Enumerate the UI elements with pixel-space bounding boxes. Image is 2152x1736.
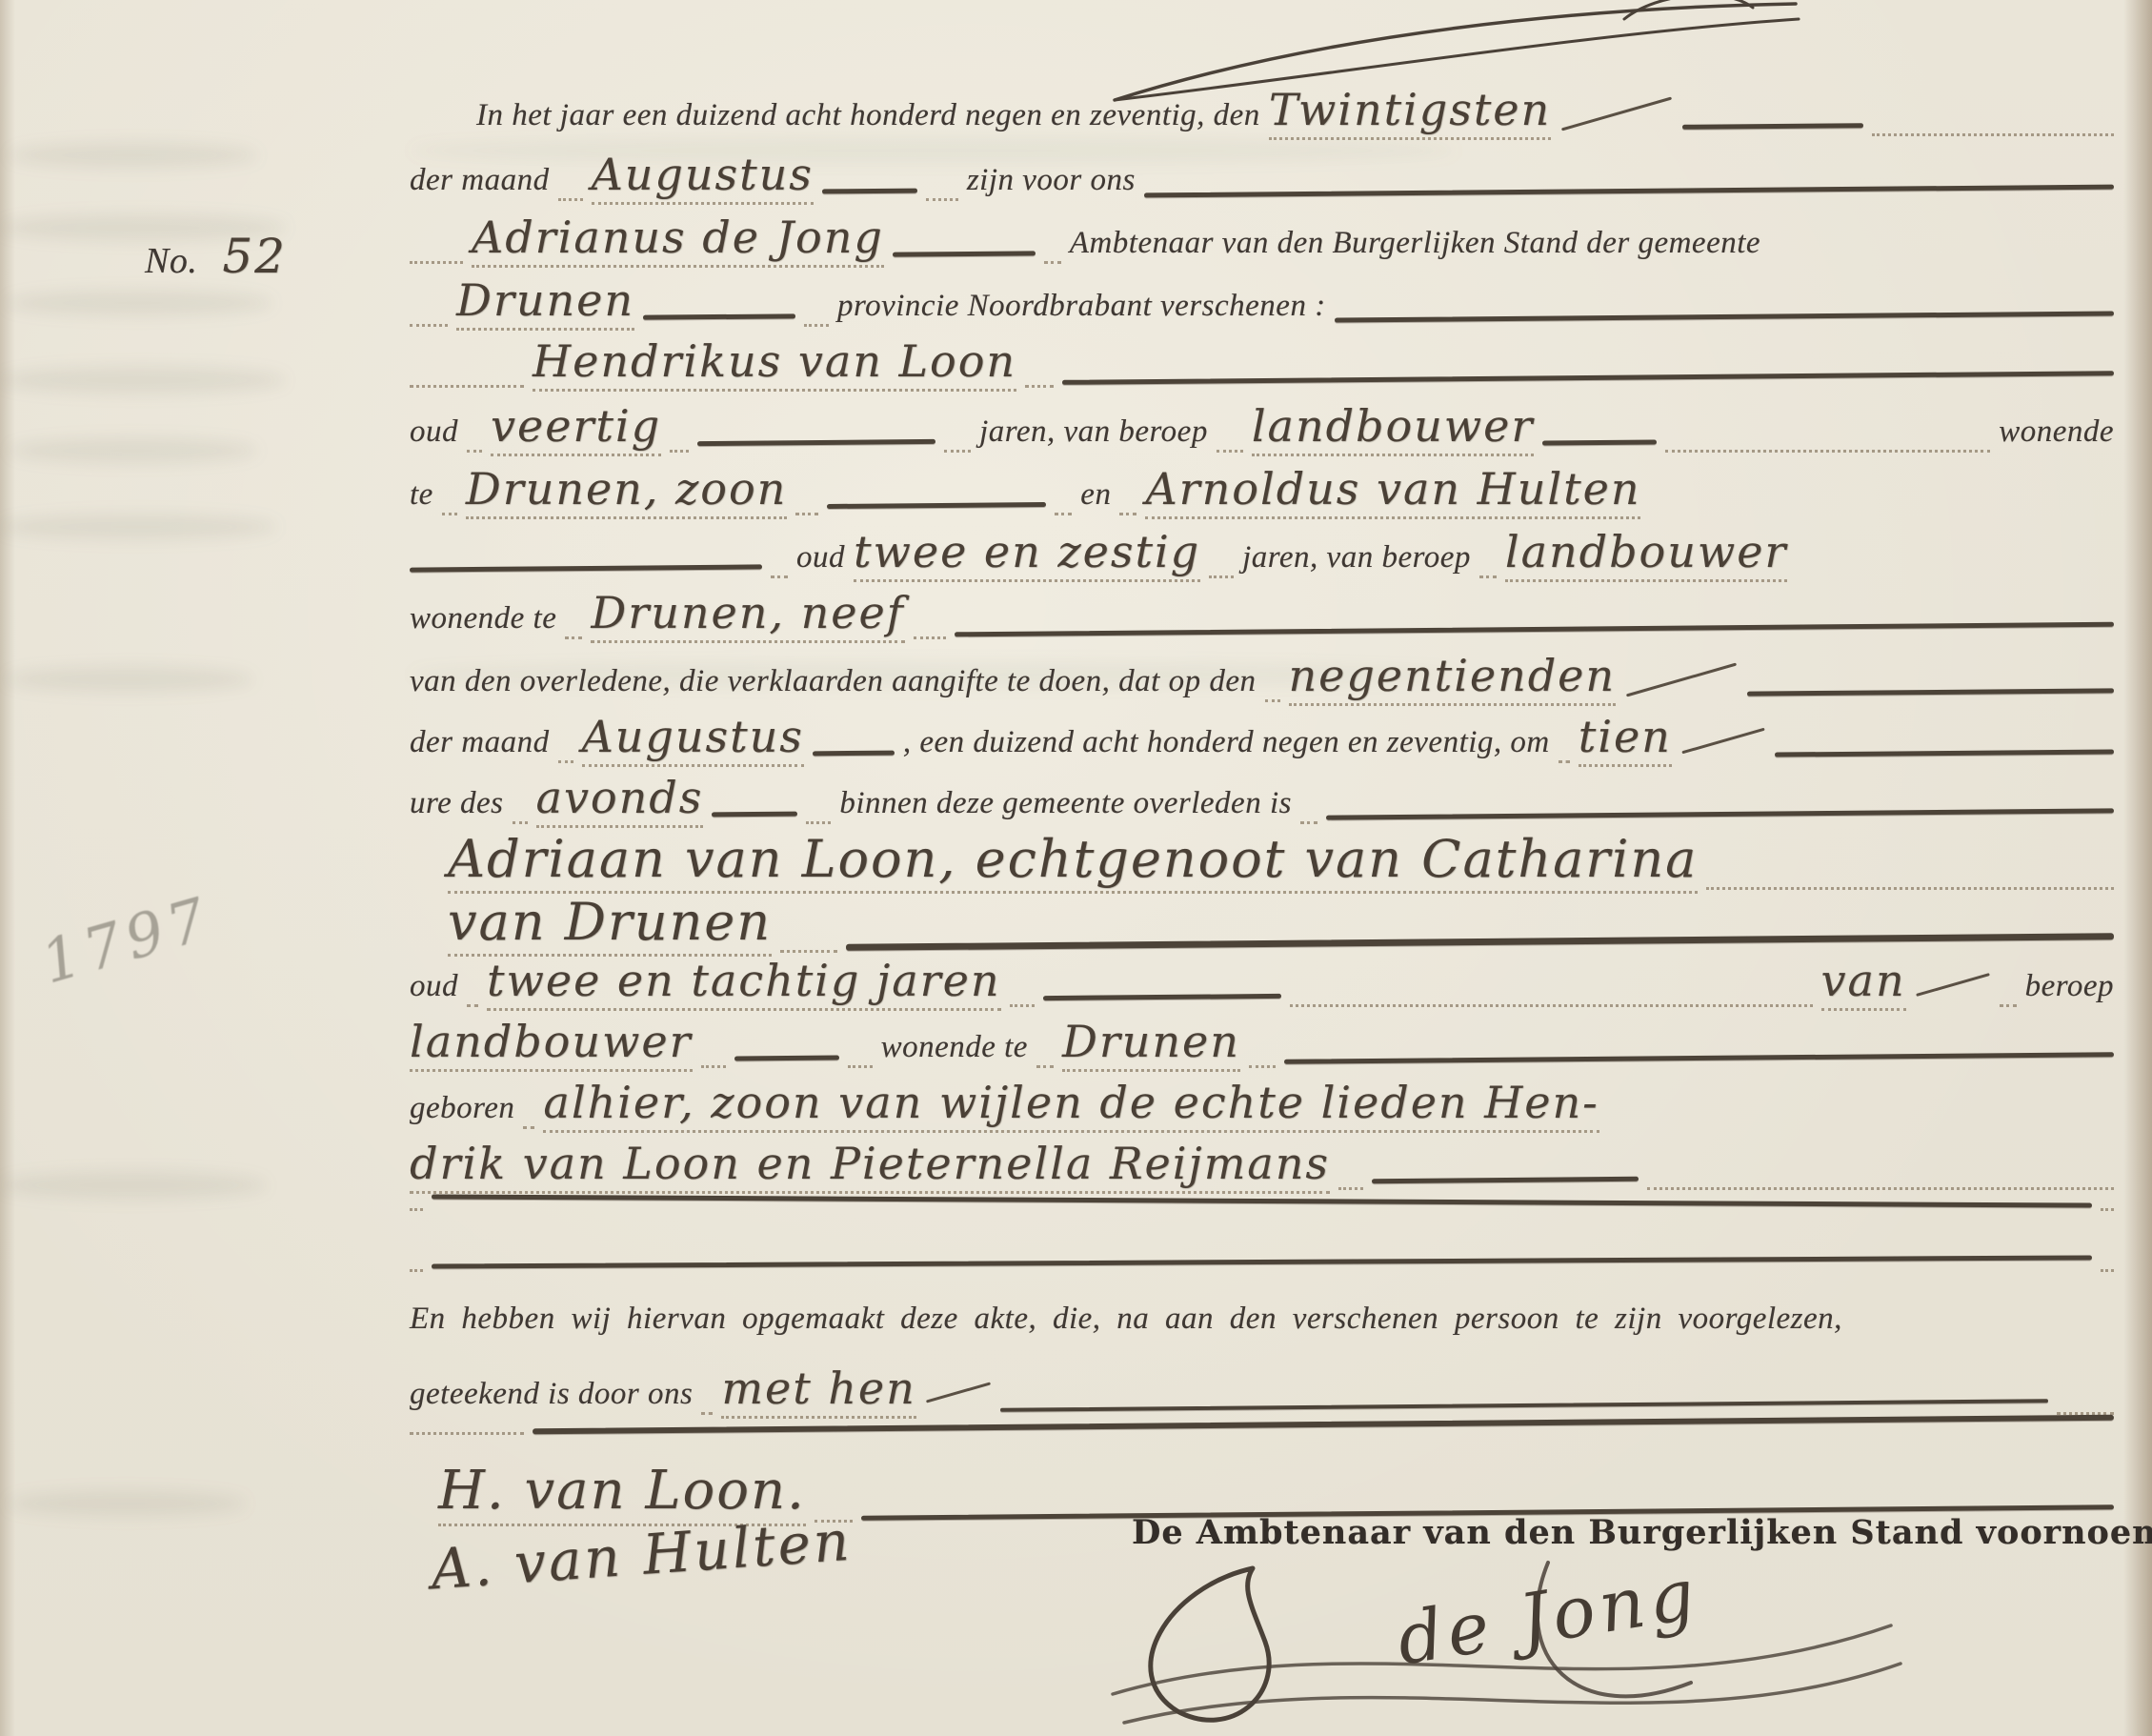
bleed-through-smudge bbox=[0, 515, 276, 539]
printed-at-label: te bbox=[410, 477, 433, 513]
entry-declarant2-age: twee en zestig bbox=[854, 526, 1200, 582]
dotted-rule bbox=[1665, 450, 1990, 453]
form-line: der maand Augustus zijn voor ons bbox=[410, 149, 2114, 205]
printed-declaration-phrase: van den overledene, die verklaarden aang… bbox=[410, 664, 1257, 699]
dotted-rule bbox=[804, 324, 829, 327]
dotted-rule bbox=[1559, 760, 1570, 763]
entry-death-time-of-day: avonds bbox=[536, 772, 704, 828]
printed-province: provincie Noordbrabant verschenen : bbox=[837, 289, 1326, 324]
entry-declarant2-occupation: landbouwer bbox=[1505, 526, 1788, 582]
entry-deceased-occupation: landbouwer bbox=[410, 1016, 693, 1072]
form-line: oud twee en tachtig jaren van beroep bbox=[410, 955, 2114, 1011]
form-line: En hebben wij hiervan opgemaakt deze akt… bbox=[410, 1302, 2114, 1337]
bleed-through-smudge bbox=[10, 438, 257, 463]
form-line: Adrianus de Jong Ambtenaar van den Burge… bbox=[410, 212, 2114, 268]
form-line: oud twee en zestig jaren, van beroep lan… bbox=[410, 526, 2114, 582]
ink-stroke bbox=[1326, 808, 2114, 819]
dotted-rule bbox=[1036, 1065, 1054, 1068]
dotted-rule bbox=[701, 1065, 726, 1068]
dotted-rule bbox=[1290, 1004, 1813, 1007]
dotted-rule bbox=[1119, 513, 1136, 515]
ink-stroke bbox=[893, 251, 1036, 256]
ink-stroke bbox=[432, 1194, 2092, 1207]
printed-month-label: der maand bbox=[410, 725, 550, 760]
dotted-rule bbox=[1055, 513, 1072, 515]
ink-stroke bbox=[410, 564, 762, 572]
dotted-rule bbox=[771, 575, 788, 578]
dotted-rule bbox=[1025, 385, 1054, 388]
printed-age-label: oud bbox=[410, 969, 458, 1004]
printed-registrar-title: Ambtenaar van den Burgerlijken Stand der… bbox=[1070, 226, 1760, 261]
ink-stroke bbox=[1775, 749, 2114, 757]
printed-death-year-phrase: , een duizend acht honderd negen en zeve… bbox=[903, 725, 1550, 760]
dotted-rule bbox=[558, 198, 583, 201]
dotted-rule bbox=[1706, 887, 2114, 890]
entry-deceased-age: twee en tachtig jaren bbox=[487, 955, 1001, 1011]
entry-declarant1-name: Hendrikus van Loon bbox=[533, 335, 1016, 392]
entry-declarant2-residence-relation: Drunen, neef bbox=[591, 587, 904, 643]
entry-death-hour: tien bbox=[1579, 711, 1672, 767]
dotted-rule bbox=[558, 760, 573, 763]
form-line: van Drunen bbox=[448, 892, 2114, 957]
dotted-rule bbox=[1209, 575, 1234, 578]
printed-born-label: geboren bbox=[410, 1091, 514, 1126]
entry-deceased-parents-names: drik van Loon en Pieternella Reijmans bbox=[410, 1138, 1330, 1194]
dotted-rule bbox=[410, 324, 448, 327]
ink-stroke bbox=[813, 751, 895, 757]
printed-closing-phrase: En hebben wij hiervan opgemaakt deze akt… bbox=[410, 1302, 1842, 1337]
printed-died-in-municipality: binnen deze gemeente overleden is bbox=[839, 786, 1292, 821]
ink-stroke bbox=[1682, 123, 1863, 130]
form-line: der maand Augustus , een duizend acht ho… bbox=[410, 711, 2114, 767]
pen-flourish bbox=[1561, 97, 1672, 131]
bleed-through-smudge bbox=[8, 1491, 246, 1516]
printed-before-us: zijn voor ons bbox=[967, 163, 1136, 198]
page-edge-left bbox=[0, 0, 15, 1736]
form-line bbox=[410, 1260, 2114, 1276]
dotted-rule bbox=[442, 513, 457, 515]
ink-stroke bbox=[697, 439, 935, 446]
printed-month-label: der maand bbox=[410, 163, 550, 198]
entry-deceased-name-spouse: Adriaan van Loon, echtgenoot van Cathari… bbox=[448, 829, 1698, 894]
page-edge-right bbox=[2123, 0, 2152, 1736]
printed-occupation-label: jaren, van beroep bbox=[979, 414, 1208, 450]
record-number: No. 52 bbox=[145, 229, 287, 284]
ink-stroke bbox=[734, 1056, 839, 1061]
ink-stroke bbox=[1042, 994, 1280, 1000]
ink-stroke bbox=[712, 812, 797, 818]
dotted-rule bbox=[467, 450, 482, 453]
dotted-rule bbox=[410, 261, 463, 264]
printed-residing-label: wonende bbox=[1999, 414, 2114, 450]
dotted-rule bbox=[1265, 699, 1280, 702]
bleed-through-smudge bbox=[0, 367, 286, 394]
dotted-rule bbox=[1044, 261, 1061, 264]
dotted-rule bbox=[410, 385, 524, 388]
form-line: geboren alhier, zoon van wijlen de echte… bbox=[410, 1077, 2114, 1133]
dotted-rule bbox=[410, 1432, 524, 1435]
ink-stroke bbox=[432, 1255, 2092, 1268]
dotted-rule bbox=[565, 636, 582, 639]
entry-municipality: Drunen bbox=[456, 274, 634, 331]
form-line: oud veertig jaren, van beroep landbouwer… bbox=[410, 400, 2114, 456]
dotted-rule bbox=[1479, 575, 1497, 578]
dotted-rule bbox=[1249, 1065, 1276, 1068]
form-line bbox=[410, 1199, 2114, 1215]
printed-age-label: oud bbox=[410, 414, 458, 450]
form-line: te Drunen, zoon en Arnoldus van Hulten bbox=[410, 463, 2114, 519]
ink-stroke bbox=[827, 502, 1046, 509]
dotted-rule bbox=[806, 821, 831, 824]
bleed-through-smudge bbox=[10, 143, 257, 168]
ink-stroke bbox=[846, 933, 2114, 951]
entry-record-day: Twintigsten bbox=[1269, 84, 1551, 140]
dotted-rule bbox=[2101, 1208, 2114, 1211]
entry-death-month: Augustus bbox=[582, 711, 804, 767]
bleed-through-smudge bbox=[0, 1172, 267, 1199]
entry-declarant1-residence-relation: Drunen, zoon bbox=[466, 463, 787, 519]
dotted-rule bbox=[410, 1208, 423, 1211]
dotted-rule bbox=[944, 450, 971, 453]
form-line: Hendrikus van Loon bbox=[410, 335, 2114, 392]
form-line: In het jaar een duizend acht honderd neg… bbox=[476, 84, 2114, 140]
ink-stroke bbox=[955, 622, 2114, 637]
record-number-value: 52 bbox=[222, 229, 287, 284]
entry-death-day: negentienden bbox=[1289, 650, 1616, 706]
ink-stroke bbox=[1372, 1177, 1639, 1183]
entry-declarant1-age: veertig bbox=[491, 400, 661, 456]
ink-stroke bbox=[822, 189, 917, 194]
dotted-rule bbox=[795, 513, 818, 515]
entry-deceased-residence: Drunen bbox=[1062, 1016, 1240, 1072]
printed-hour-label: ure des bbox=[410, 786, 504, 821]
printed-residing-at-label: wonende te bbox=[410, 601, 556, 636]
entry-record-month: Augustus bbox=[592, 149, 814, 205]
form-line: van den overledene, die verklaarden aang… bbox=[410, 650, 2114, 706]
entry-declarant2-name: Arnoldus van Hulten bbox=[1145, 463, 1640, 519]
form-line: wonende te Drunen, neef bbox=[410, 587, 2114, 643]
signature-rule bbox=[410, 1422, 2114, 1439]
ink-stroke bbox=[1335, 311, 2114, 322]
pen-flourish bbox=[1916, 973, 1990, 997]
officer-title: De Ambtenaar van den Burgerlijken Stand … bbox=[1132, 1513, 2152, 1552]
printed-signed-by-us: geteekend is door ons bbox=[410, 1377, 693, 1412]
printed-year-opening: In het jaar een duizend acht honderd neg… bbox=[476, 98, 1260, 133]
form-line: Adriaan van Loon, echtgenoot van Cathari… bbox=[448, 829, 2114, 894]
dotted-rule bbox=[523, 1126, 534, 1129]
dotted-rule bbox=[513, 821, 528, 824]
form-line: Drunen provincie Noordbrabant verschenen… bbox=[410, 274, 2114, 331]
pen-flourish bbox=[926, 1382, 991, 1403]
printed-and-label: en bbox=[1080, 477, 1111, 513]
bleed-through-smudge bbox=[6, 667, 253, 692]
ink-stroke bbox=[1747, 688, 2114, 696]
printed-occupation-label: jaren, van beroep bbox=[1242, 540, 1471, 575]
dotted-rule bbox=[2101, 1269, 2114, 1272]
entry-deceased-birthplace-parents: alhier, zoon van wijlen de echte lieden … bbox=[543, 1077, 1599, 1133]
dotted-rule bbox=[2000, 1004, 2017, 1007]
ink-stroke bbox=[643, 313, 795, 319]
ink-stroke bbox=[1284, 1052, 2114, 1064]
dotted-rule bbox=[914, 636, 946, 639]
dotted-rule bbox=[410, 1269, 423, 1272]
record-number-label: No. bbox=[145, 240, 197, 282]
pen-flourish bbox=[1626, 663, 1737, 697]
dotted-rule bbox=[1872, 133, 2114, 136]
entry-deceased-spouse-surname: van Drunen bbox=[448, 892, 772, 957]
pencil-annotation: 1797 bbox=[33, 882, 219, 997]
pen-flourish bbox=[1681, 728, 1764, 755]
dotted-rule bbox=[848, 1065, 873, 1068]
form-line: geteekend is door ons met hen bbox=[410, 1363, 2114, 1419]
dotted-rule bbox=[1010, 1004, 1035, 1007]
bleed-through-smudge bbox=[6, 291, 272, 315]
dotted-rule bbox=[1217, 450, 1243, 453]
officer-signature: de Jong bbox=[1392, 1553, 1704, 1682]
dotted-rule bbox=[780, 950, 837, 953]
ink-stroke bbox=[1144, 185, 2114, 198]
dotted-rule bbox=[467, 1004, 478, 1007]
printed-occupation-word: beroep bbox=[2025, 969, 2114, 1004]
form-line: landbouwer wonende te Drunen bbox=[410, 1016, 2114, 1072]
entry-declarant1-occupation: landbouwer bbox=[1252, 400, 1535, 456]
entry-registrar-name: Adrianus de Jong bbox=[472, 212, 884, 268]
document-scan: No. 52 1797 In het jaar een duizend acht… bbox=[0, 0, 2152, 1736]
ink-stroke bbox=[1000, 1399, 2048, 1412]
ink-stroke bbox=[1542, 439, 1657, 445]
ink-stroke bbox=[1062, 371, 2114, 385]
entry-of-word: van bbox=[1821, 955, 1906, 1011]
dotted-rule bbox=[1300, 821, 1317, 824]
dotted-rule bbox=[1647, 1187, 2114, 1190]
officer-signature-flourish: de Jong bbox=[1086, 1551, 1924, 1736]
dotted-rule bbox=[670, 450, 689, 453]
entry-signed-with-them: met hen bbox=[721, 1363, 915, 1419]
form-line: ure des avonds binnen deze gemeente over… bbox=[410, 772, 2114, 828]
dotted-rule bbox=[1338, 1187, 1363, 1190]
printed-residing-at-label: wonende te bbox=[881, 1030, 1028, 1065]
printed-age-label: oud bbox=[796, 540, 845, 575]
dotted-rule bbox=[926, 198, 958, 201]
dotted-rule bbox=[701, 1412, 713, 1415]
form-line: drik van Loon en Pieternella Reijmans bbox=[410, 1138, 2114, 1194]
